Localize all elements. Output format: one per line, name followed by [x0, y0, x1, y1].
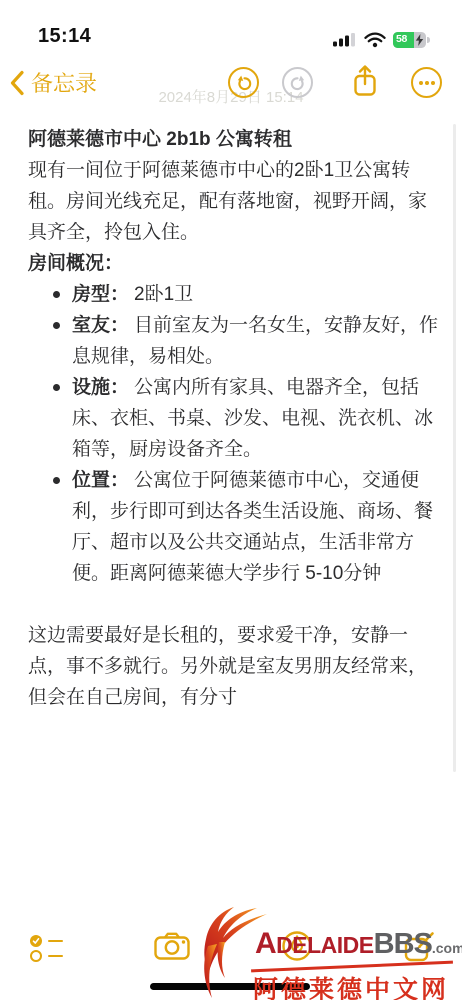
- undo-icon: [235, 74, 253, 92]
- watermark-brand: ADELAIDEBBS.com: [255, 929, 462, 959]
- battery-percent: 58: [396, 33, 407, 45]
- share-icon: [352, 64, 378, 98]
- checklist-button[interactable]: [30, 932, 63, 965]
- battery-indicator: 58: [393, 32, 430, 48]
- cellular-signal-icon: [333, 32, 357, 48]
- camera-icon: [154, 932, 190, 960]
- ellipsis-icon: [418, 80, 436, 86]
- back-label: 备忘录: [31, 67, 97, 98]
- redo-icon: [289, 74, 307, 92]
- status-bar: 15:14 58: [0, 0, 462, 54]
- redo-button[interactable]: [282, 67, 313, 98]
- list-item: 设施：公寓内所有家具、电器齐全，包括床、衣柜、书桌、沙发、电视、洗衣机、冰箱等，…: [52, 372, 442, 465]
- list-item: 室友：目前室友为一名女生，安静友好，作息规律，易相处。: [52, 310, 442, 372]
- watermark-adelaide: ADELAIDE: [255, 929, 374, 959]
- status-icons: 58: [333, 32, 430, 48]
- battery-icon: 58: [393, 32, 426, 48]
- status-time: 15:14: [38, 25, 91, 48]
- camera-button[interactable]: [154, 932, 190, 965]
- watermark-bbs: BBS: [374, 930, 432, 959]
- bullet-list: 房型：2卧1卫 室友：目前室友为一名女生，安静友好，作息规律，易相处。 设施：公…: [28, 279, 442, 589]
- list-item: 房型：2卧1卫: [52, 279, 442, 310]
- watermark: ADELAIDEBBS.com 阿德莱德中文网: [193, 903, 462, 1000]
- share-button[interactable]: [352, 64, 378, 103]
- undo-button[interactable]: [228, 67, 259, 98]
- checklist-icon: [30, 935, 42, 947]
- note-title: 阿德莱德市中心 2b1b 公寓转租: [28, 124, 442, 155]
- section-heading: 房间概况：: [28, 248, 442, 279]
- note-outro: 这边需要最好是长租的，要求爱干净，安静一点，事不多就行。另外就是室友男朋友经常来…: [28, 620, 442, 713]
- watermark-subtitle: 阿德莱德中文网: [253, 970, 449, 1000]
- battery-tip: [427, 37, 430, 43]
- back-button[interactable]: 备忘录: [10, 67, 97, 98]
- nav-bar: 2024年8月29日 15:14 备忘录: [0, 54, 462, 112]
- watermark-com: .com: [432, 941, 462, 955]
- back-chevron-icon: [10, 70, 24, 96]
- notes-app-screen: 15:14 58: [0, 0, 462, 1000]
- list-item: 位置：公寓位于阿德莱德市中心，交通便利，步行即可到达各类生活设施、商场、餐厅、超…: [52, 465, 442, 589]
- scrollbar[interactable]: [453, 124, 456, 772]
- note-body[interactable]: 阿德莱德市中心 2b1b 公寓转租 现有一间位于阿德莱德市中心的2卧1卫公寓转租…: [0, 112, 462, 713]
- more-button[interactable]: [411, 67, 442, 98]
- charging-bolt-icon: [415, 34, 424, 46]
- note-intro: 现有一间位于阿德莱德市中心的2卧1卫公寓转租。房间光线充足，配有落地窗，视野开阔…: [28, 155, 442, 248]
- wifi-icon: [364, 32, 386, 48]
